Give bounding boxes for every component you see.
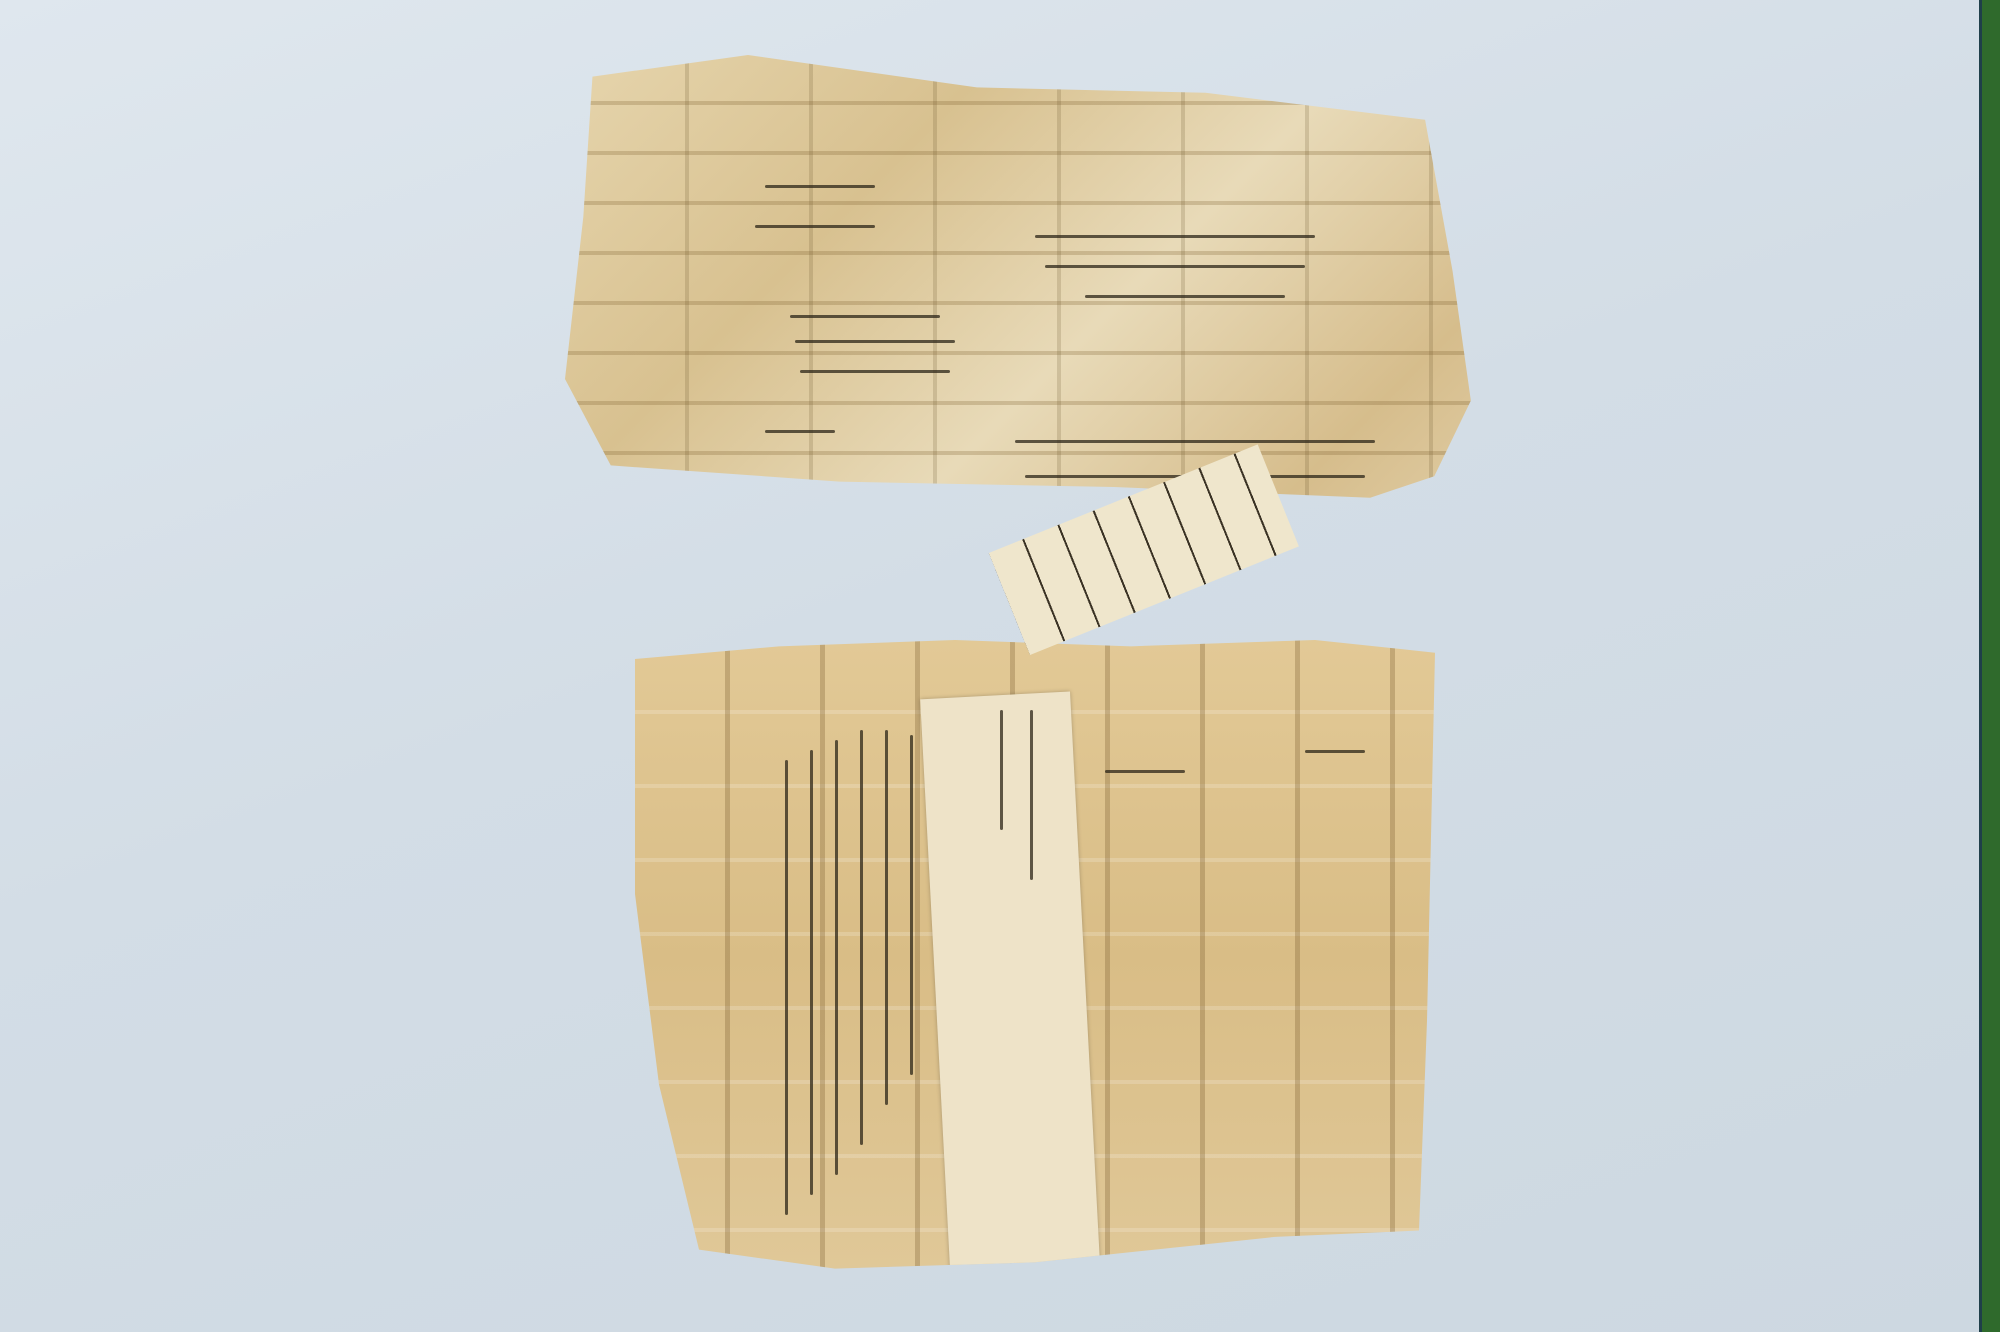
green-edge-strip bbox=[1979, 0, 2000, 1332]
handwriting-line bbox=[1085, 295, 1285, 298]
handwriting-line bbox=[1045, 265, 1305, 268]
handwriting-column bbox=[1000, 710, 1003, 830]
handwriting-line bbox=[765, 185, 875, 188]
handwriting-line bbox=[795, 340, 955, 343]
handwriting-column bbox=[860, 730, 863, 1145]
handwriting-line bbox=[1105, 770, 1185, 773]
top-manuscript-bundle bbox=[565, 55, 1480, 595]
handwriting-line bbox=[765, 430, 835, 433]
handwriting-column bbox=[810, 750, 813, 1195]
handwriting-column bbox=[785, 760, 788, 1215]
handwriting-line bbox=[775, 510, 865, 513]
handwriting-line bbox=[1305, 750, 1365, 753]
handwriting-line bbox=[1015, 440, 1375, 443]
bottom-manuscript-sheets bbox=[635, 640, 1435, 1275]
handwriting-line bbox=[790, 315, 940, 318]
handwriting-line bbox=[800, 370, 950, 373]
handwriting-column bbox=[835, 740, 838, 1175]
handwriting-line bbox=[755, 225, 875, 228]
handwriting-column bbox=[885, 730, 888, 1105]
handwriting-line bbox=[1035, 235, 1315, 238]
handwriting-column bbox=[910, 735, 913, 1075]
handwriting-column bbox=[1030, 710, 1033, 880]
folded-paper-strip bbox=[920, 691, 1100, 1268]
